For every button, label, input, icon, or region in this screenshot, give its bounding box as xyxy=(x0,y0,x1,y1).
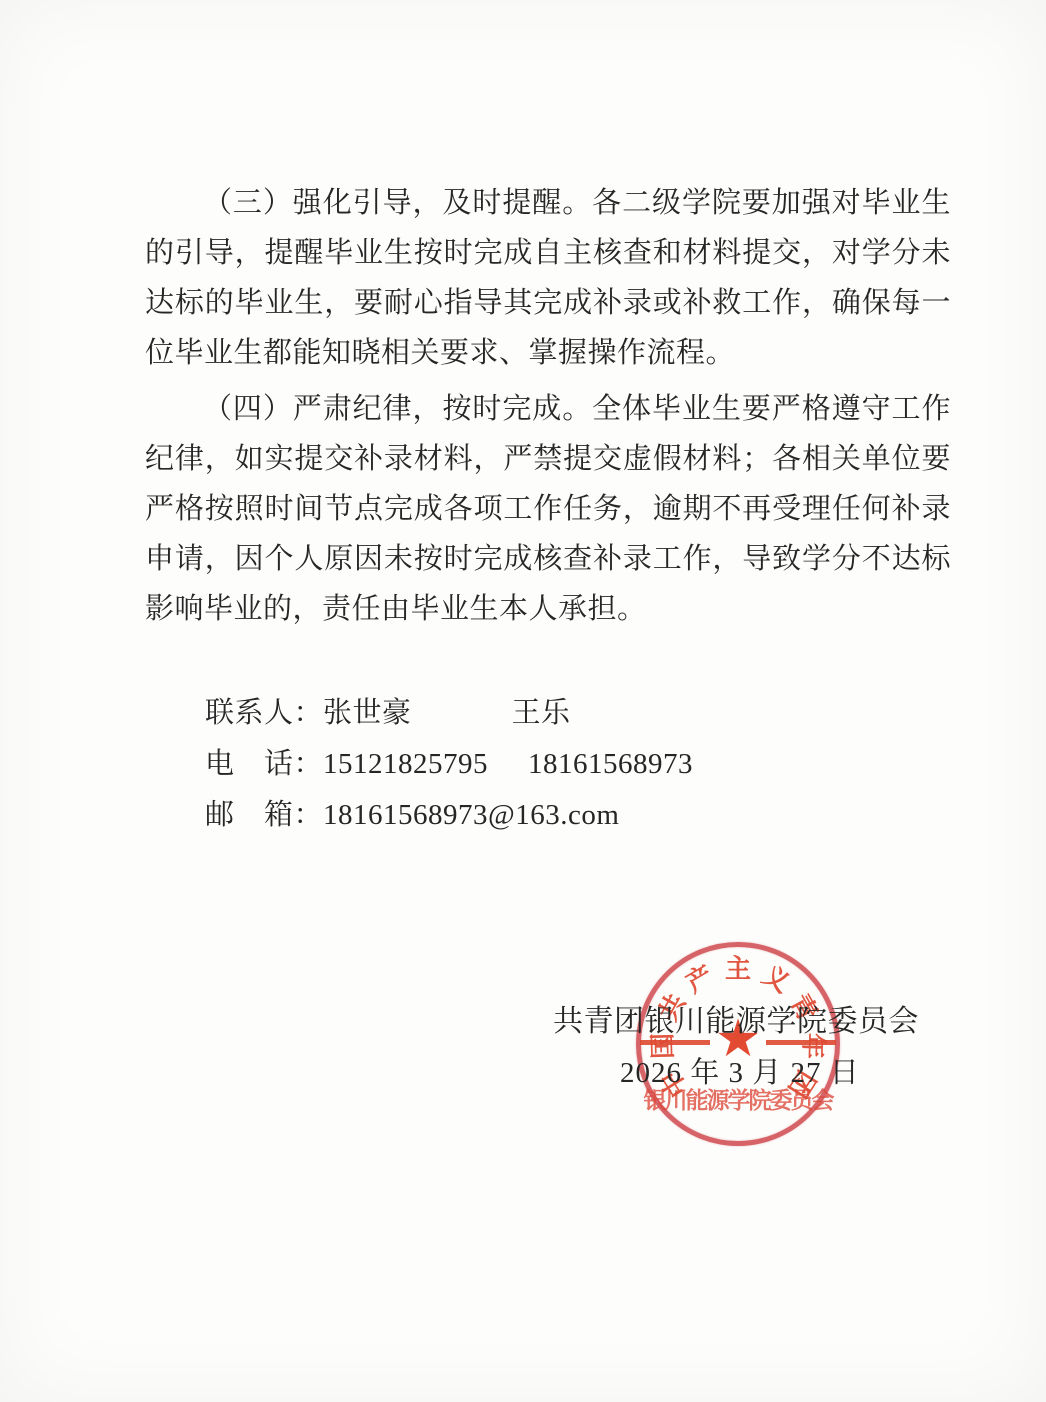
seal-left-bar xyxy=(640,1040,710,1045)
paragraph-4-body: 全体毕业生要严格遵守工作纪律，如实提交补录材料，严禁提交虚假材料；各相关单位要严… xyxy=(145,393,951,625)
document-page: （三）强化引导，及时提醒。各二级学院要加强对毕业生的引导，提醒毕业生按时完成自主… xyxy=(0,0,1046,1402)
contact-phone-label: 电 话： xyxy=(205,748,323,780)
signature-organization: 共青团银川能源学院委员会 xyxy=(553,996,919,1040)
contact-email-label: 邮 箱： xyxy=(205,799,323,831)
contact-person-1: 张世豪 xyxy=(323,697,412,729)
contact-person-label: 联系人： xyxy=(205,697,323,729)
official-seal-stamp: 中国共产主义青年团 ★ 银川能源学院委员会 xyxy=(636,942,840,1146)
paragraph-4: （四）严肃纪律，按时完成。全体毕业生要严格遵守工作纪律，如实提交补录材料，严禁提… xyxy=(145,384,951,634)
paragraph-3: （三）强化引导，及时提醒。各二级学院要加强对毕业生的引导，提醒毕业生按时完成自主… xyxy=(145,178,951,378)
contact-phone-2: 18161568973 xyxy=(528,748,693,780)
contact-person-row: 联系人：张世豪王乐 xyxy=(205,688,693,739)
seal-right-bar xyxy=(766,1040,836,1045)
paragraph-4-lead: （四）严肃纪律，按时完成。 xyxy=(203,393,592,425)
contact-phone-row: 电 话：1512182579518161568973 xyxy=(205,739,693,790)
contact-block: 联系人：张世豪王乐 电 话：1512182579518161568973 邮 箱… xyxy=(205,688,693,841)
contact-phone-1: 15121825795 xyxy=(323,748,488,780)
signature-date: 2026 年 3 月 27 日 xyxy=(620,1050,860,1091)
contact-email: 18161568973@163.com xyxy=(323,799,619,831)
contact-email-row: 邮 箱：18161568973@163.com xyxy=(205,790,693,841)
contact-person-2: 王乐 xyxy=(512,697,571,729)
document-body: （三）强化引导，及时提醒。各二级学院要加强对毕业生的引导，提醒毕业生按时完成自主… xyxy=(145,178,951,634)
paragraph-3-lead: （三）强化引导，及时提醒。 xyxy=(203,187,592,219)
